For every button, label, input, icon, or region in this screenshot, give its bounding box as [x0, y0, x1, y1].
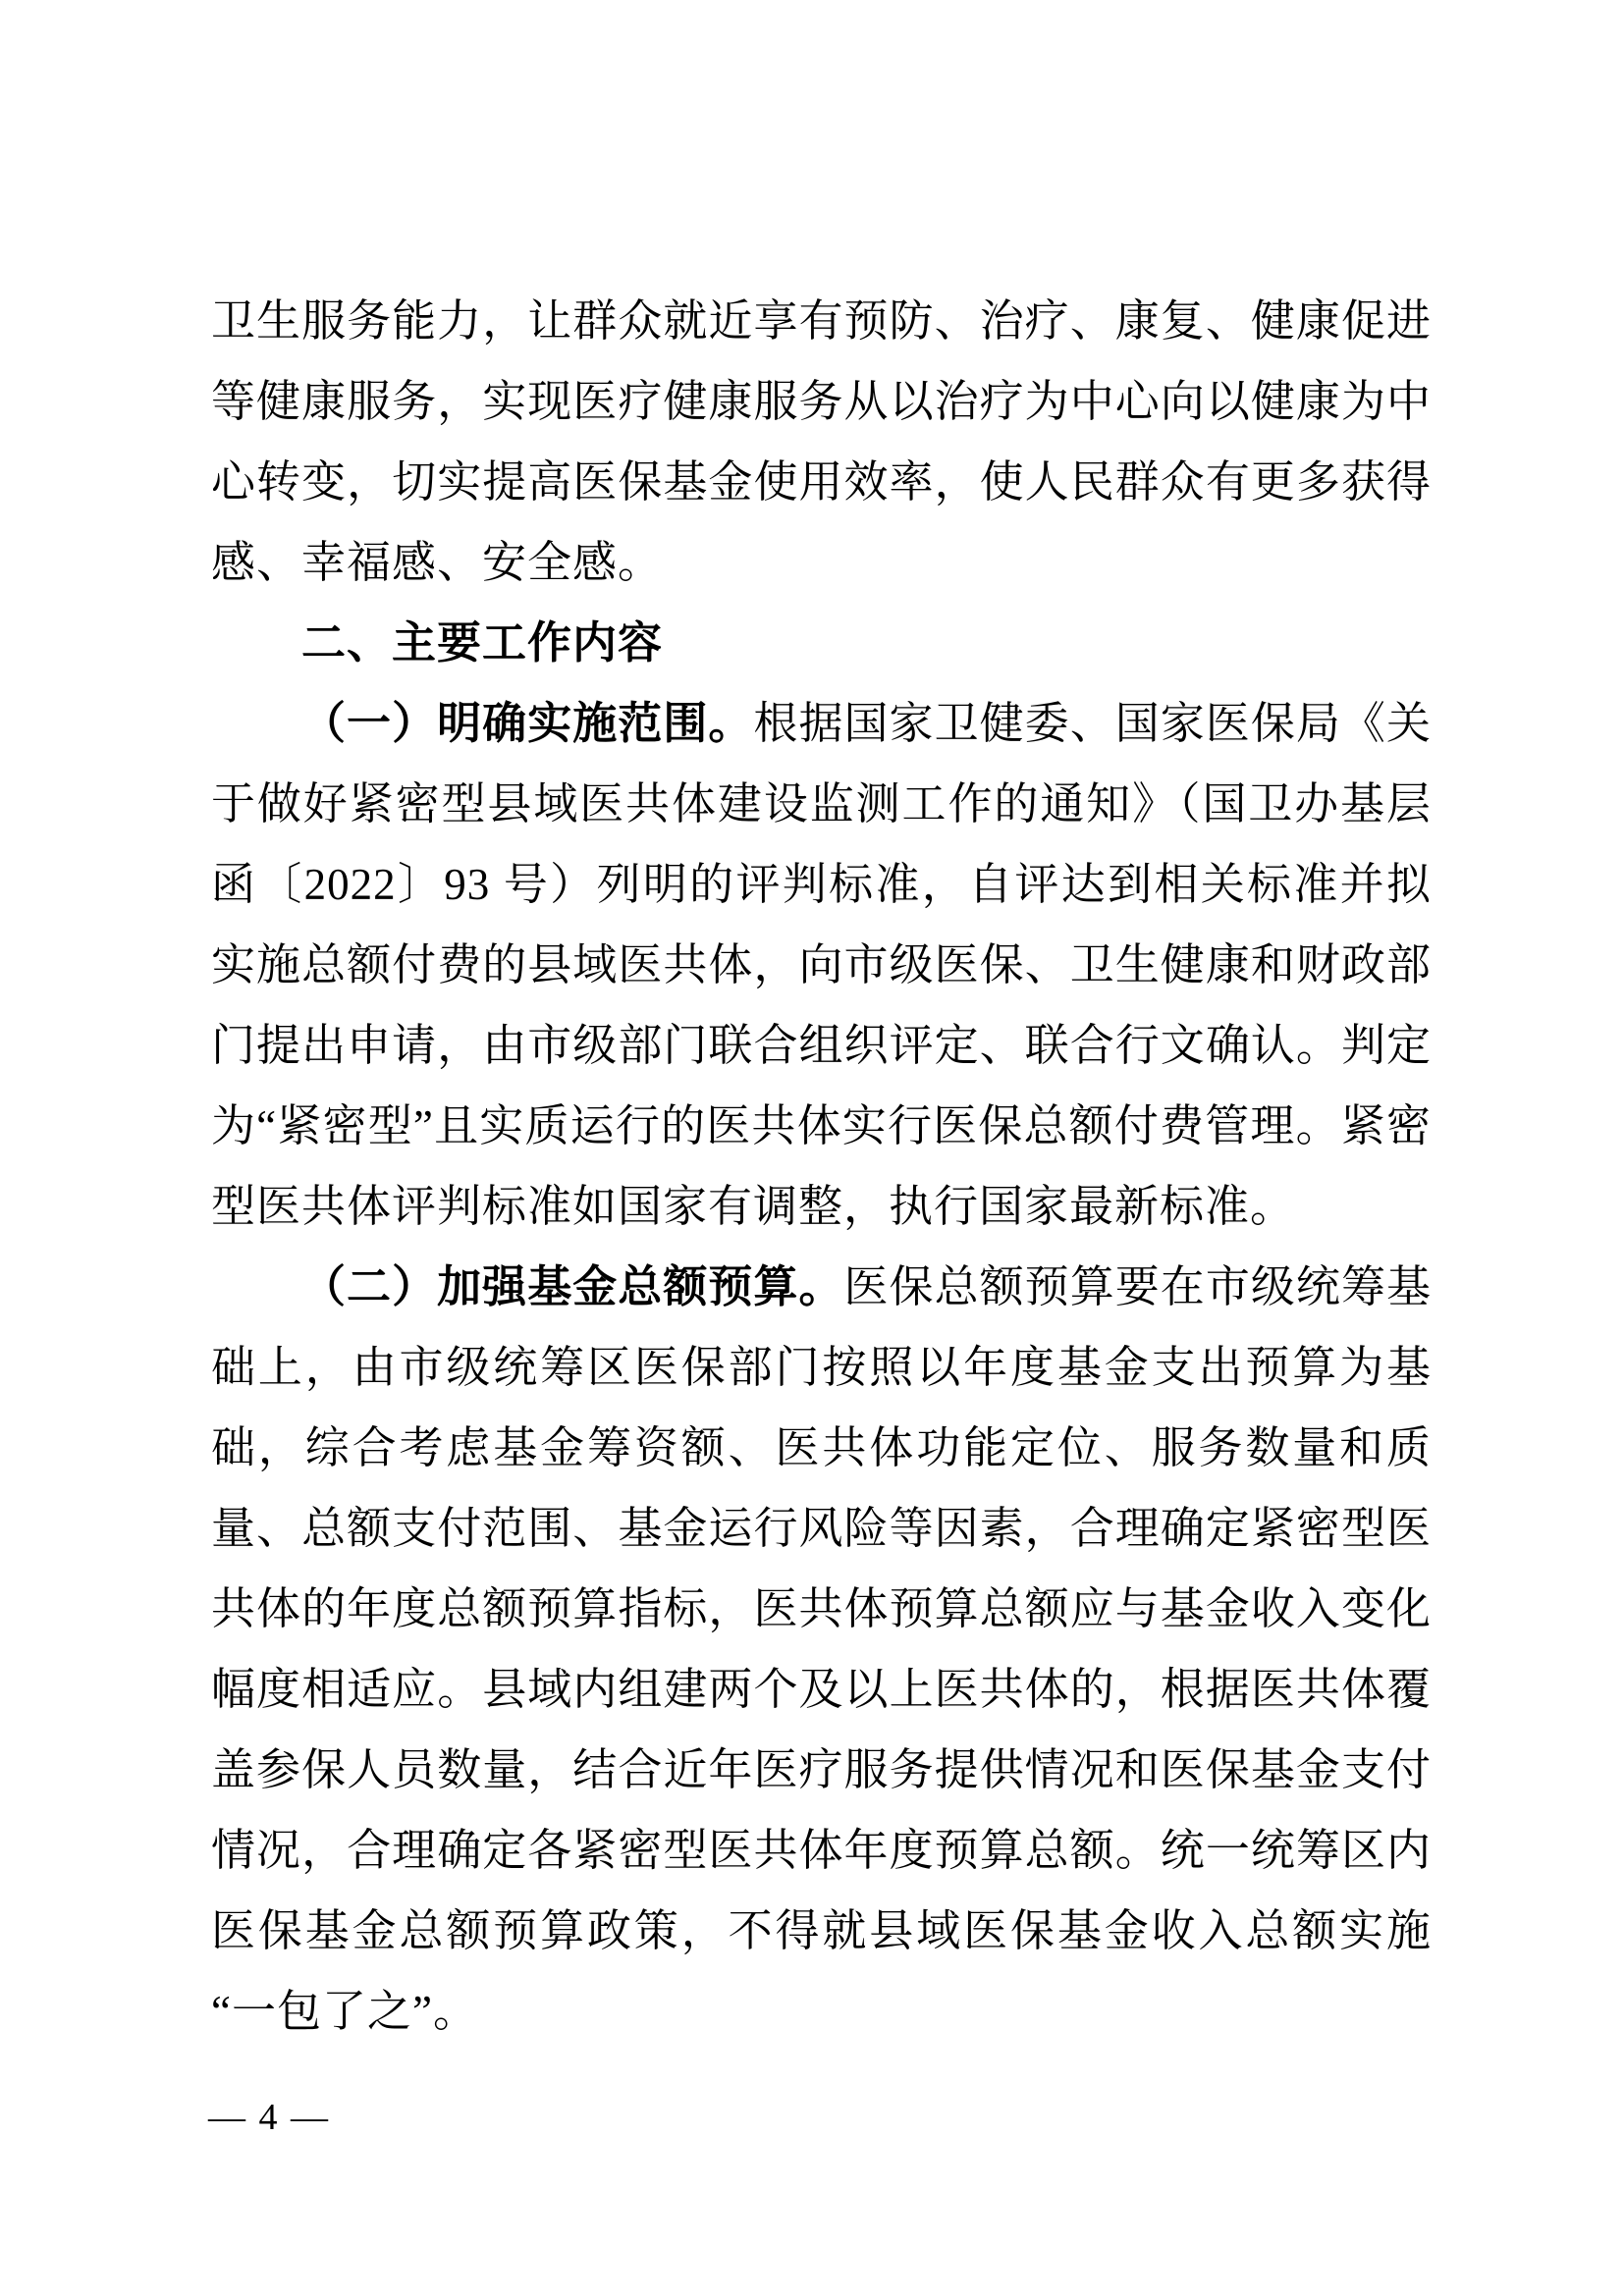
item-2-text: 医保总额预算要在市级统筹基础上，由市级统筹区医保部门按照以年度基金支出预算为基础…: [211, 1262, 1432, 2036]
section-heading: 二、主要工作内容: [211, 603, 1432, 683]
item-1-lead: （一）明确实施范围。: [301, 699, 753, 748]
item-1-text: 根据国家卫健委、国家医保局《关于做好紧密型县域医共体建设监测工作的通知》（国卫办…: [211, 699, 1432, 1231]
paragraph-continuation: 卫生服务能力，让群众就近享有预防、治疗、康复、健康促进等健康服务，实现医疗健康服…: [211, 281, 1432, 603]
item-2-lead: （二）加强基金总额预算。: [301, 1262, 844, 1311]
document-page: 卫生服务能力，让群众就近享有预防、治疗、康复、健康促进等健康服务，实现医疗健康服…: [0, 0, 1624, 2296]
paragraph-item-1: （一）明确实施范围。根据国家卫健委、国家医保局《关于做好紧密型县域医共体建设监测…: [211, 683, 1432, 1247]
page-number: — 4 —: [208, 2093, 330, 2142]
paragraph-item-2: （二）加强基金总额预算。医保总额预算要在市级统筹基础上，由市级统筹区医保部门按照…: [211, 1247, 1432, 2052]
body-text: 卫生服务能力，让群众就近享有预防、治疗、康复、健康促进等健康服务，实现医疗健康服…: [211, 281, 1432, 2052]
